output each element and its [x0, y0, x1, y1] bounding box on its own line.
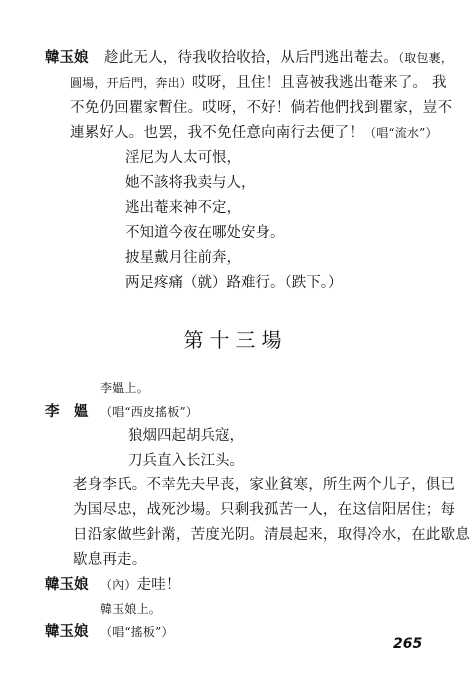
speaker-li-ao: 李 媼: [45, 402, 89, 422]
speech-line: 日沿家做些針黹，苦度光阴。清晨起来，取得冷水，在此歇息: [73, 525, 470, 545]
verse-line: 不知道今夜在哪处安身。: [125, 223, 285, 243]
speech-line: 歇息再走。: [73, 550, 147, 570]
verse-line: 淫尼为人太可恨，: [125, 148, 241, 168]
stage-direction: （唱“搖板”）: [100, 622, 174, 642]
stage-entrance: 李媼上。: [100, 378, 149, 398]
verse-line: 狼烟四起胡兵寇，: [128, 426, 244, 446]
speech-text: 趁此无人，待我收拾收拾，从后門逃出菴去。: [104, 50, 398, 66]
speech-line: 趁此无人，待我收拾收拾，从后門逃出菴去。（取包裹，: [104, 48, 453, 68]
speaker-han-yuniang-2: 韓玉娘: [45, 575, 89, 595]
verse-line: 她不該将我卖与人，: [125, 173, 256, 193]
verse-line: 披星戴月往前奔，: [125, 248, 241, 268]
speech-text: 哎呀，且住！且喜被我逃出菴来了。 我: [192, 75, 447, 91]
speech-line: 圓場，开后門，奔出）哎呀，且住！且喜被我逃出菴来了。 我: [70, 73, 447, 93]
verse-line: 逃出菴来神不定，: [125, 198, 241, 218]
speech-line: 連累好人。也罢，我不免任意向南行去便了！（唱“流水”）: [70, 123, 438, 143]
speech-line: 不免仍回瞿家暫住。哎呀，不好！倘若他們找到瞿家，豈不: [70, 98, 452, 118]
verse-line: 刀兵直入长江头。: [128, 451, 244, 471]
speech-line: （內）走哇！: [100, 575, 181, 595]
page-number: 265: [393, 636, 422, 652]
stage-direction: （唱“西皮搖板”）: [100, 402, 198, 422]
stage-direction: 圓場，开后門，奔出）: [70, 76, 192, 90]
speech-text: 走哇！: [137, 577, 181, 593]
scene-title: 第十三場: [0, 324, 471, 353]
speech-text: 連累好人。也罢，我不免任意向南行去便了！: [70, 125, 364, 141]
stage-direction: （取包裹，: [398, 51, 453, 65]
speaker-han-yuniang-3: 韓玉娘: [45, 622, 89, 642]
verse-line: 两足疼痛（就）路难行。（跌下。）: [125, 273, 343, 293]
speaker-han-yuniang-1: 韓玉娘: [45, 48, 89, 68]
speech-line: 为国尽忠，战死沙場。只剩我孤苦一人，在这信阳居住；每: [73, 500, 455, 520]
stage-direction: （唱“流水”）: [364, 126, 438, 140]
speech-line: 老身李氏。不幸先夫早丧，家业貧寒，所生两个儿子，俱已: [73, 475, 455, 495]
stage-entrance: 韓玉娘上。: [100, 599, 161, 619]
stage-direction: （內）: [100, 578, 137, 592]
